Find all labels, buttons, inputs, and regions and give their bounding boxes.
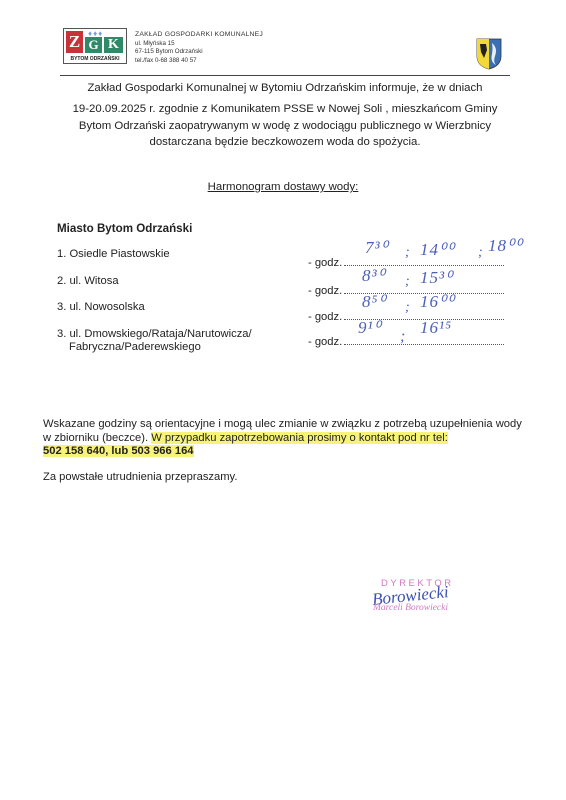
- intro-line-4: dostarczana będzie beczkowozem woda do s…: [40, 134, 530, 151]
- location-label: 3. ul. Dmowskiego/Rataja/Narutowicza/: [57, 328, 252, 340]
- logo-letter-g: G: [85, 37, 102, 53]
- handwritten-time: 18⁰⁰: [488, 236, 523, 256]
- contact-phone-numbers: 502 158 640, lub 503 966 164: [43, 445, 194, 457]
- schedule-heading: Harmonogram dostawy wody:: [0, 181, 566, 193]
- handwritten-time: 15³⁰: [420, 268, 453, 288]
- logo-caption: BYTOM ODRZAŃSKI: [64, 56, 126, 62]
- godz-label: - godz.: [308, 285, 342, 297]
- handwritten-time: 14⁰⁰: [420, 240, 455, 260]
- logo-letter-z: Z: [66, 31, 83, 53]
- handwritten-time: 7³⁰: [365, 238, 388, 258]
- apology-text: Za powstałe utrudnienia przepraszamy.: [43, 471, 237, 483]
- location-label: 1. Osiedle Piastowskie: [57, 248, 170, 260]
- company-city: 67-115 Bytom Odrzański: [135, 48, 263, 57]
- handwritten-time: 8⁵⁰: [362, 292, 386, 312]
- handwritten-separator: ;: [400, 328, 406, 346]
- intro-paragraph: 19-20.09.2025 r. zgodnie z Komunikatem P…: [40, 101, 530, 151]
- handwritten-separator: ;: [405, 245, 411, 261]
- intro-line-1: Zakład Gospodarki Komunalnej w Bytomiu O…: [40, 82, 530, 94]
- location-label-continued: Fabryczna/Paderewskiego: [57, 341, 252, 354]
- handwritten-time: 16¹⁵: [420, 318, 452, 338]
- logo-letter-k: K: [104, 37, 123, 53]
- city-heading: Miasto Bytom Odrzański: [57, 222, 192, 235]
- location-label: 2. ul. Witosa: [57, 275, 119, 287]
- schedule-item-3: 3. ul. Nowosolska: [57, 301, 145, 314]
- coat-of-arms-icon: [476, 38, 502, 70]
- highlighted-contact-text: W przypadku zapotrzebowania prosimy o ko…: [151, 432, 448, 444]
- godz-label: - godz.: [308, 336, 342, 348]
- handwritten-time: 8³⁰: [362, 266, 385, 286]
- company-street: ul. Młyńska 15: [135, 40, 263, 49]
- director-name-stamp: Marceli Borowiecki: [373, 603, 448, 613]
- godz-label: - godz.: [308, 257, 342, 269]
- handwritten-time: 16⁰⁰: [420, 292, 455, 312]
- company-info: ZAKŁAD GOSPODARKI KOMUNALNEJ ul. Młyńska…: [135, 31, 263, 65]
- zgk-logo: ♦♦♦ Z G K BYTOM ODRZAŃSKI: [63, 28, 127, 64]
- handwritten-separator: ;: [478, 245, 484, 261]
- intro-line-3: Bytom Odrzański zaopatrywanym w wodę z w…: [40, 118, 530, 135]
- handwritten-separator: ;: [405, 274, 411, 290]
- handwritten-time: 9¹⁰: [358, 318, 381, 338]
- location-label: 3. ul. Nowosolska: [57, 301, 145, 313]
- intro-line-2: 19-20.09.2025 r. zgodnie z Komunikatem P…: [40, 101, 530, 118]
- company-name: ZAKŁAD GOSPODARKI KOMUNALNEJ: [135, 31, 263, 40]
- schedule-item-1: 1. Osiedle Piastowskie: [57, 248, 170, 261]
- schedule-item-2: 2. ul. Witosa: [57, 275, 119, 288]
- schedule-item-4: 3. ul. Dmowskiego/Rataja/Narutowicza/ Fa…: [57, 328, 252, 354]
- godz-label: - godz.: [308, 311, 342, 323]
- handwritten-separator: ;: [405, 300, 411, 316]
- notice-paragraph: Wskazane godziny są orientacyjne i mogą …: [43, 418, 523, 459]
- header-divider: [60, 75, 510, 76]
- company-phone: tel./fax 0-68 388 40 57: [135, 57, 263, 66]
